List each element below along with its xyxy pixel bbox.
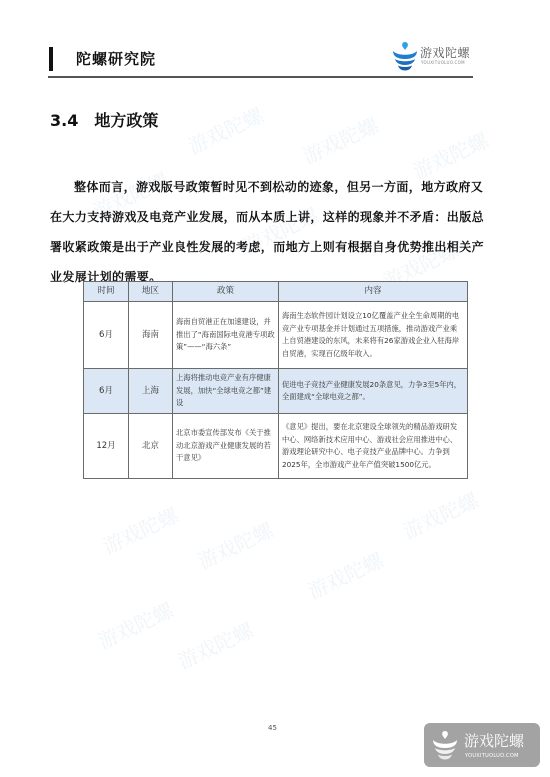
watermark: 游戏陀螺 [398,484,483,544]
cell-policy: 北京市委宣传部发布《关于推动北京游戏产业健康发展的若干意见》 [173,414,279,479]
column-header-policy: 政策 [173,282,279,302]
logo-text-en: YOUXITUOLUO.COM [421,60,465,65]
watermark: 游戏陀螺 [303,544,388,604]
watermark: 游戏陀螺 [183,99,268,159]
watermark: 游戏陀螺 [173,614,258,674]
section-heading: 3.4地方政策 [50,108,158,131]
table-row: 6月 海南 海南自贸港正在加速建设，并推出了“海南国际电竞港专项政策”——“海六… [84,302,468,369]
cell-content: 海南生态软件园计划设立10亿覆盖产业全生命周期的电竞产业专项基金并计划通过五项措… [279,302,468,369]
column-header-content: 内容 [279,282,468,302]
cell-region: 北京 [129,414,173,479]
policy-table: 时间 地区 政策 内容 6月 海南 海南自贸港正在加速建设，并推出了“海南国际电… [83,281,468,479]
gyro-logo-icon [392,40,418,74]
gyro-logo-icon [430,729,460,763]
column-header-region: 地区 [129,282,173,302]
paragraph-text: 整体而言，游戏版号政策暂时见不到松动的迹象，但另一方面，地方政府又在大力支持游戏… [50,172,488,292]
table-row: 12月 北京 北京市委宣传部发布《关于推动北京游戏产业健康发展的若干意见》 《意… [84,414,468,479]
cell-policy: 海南自贸港正在加速建设，并推出了“海南国际电竞港专项政策”——“海六条” [173,302,279,369]
cell-content: 促进电子竞技产业健康发展20条意见，力争3至5年内，全面建成“全球电竞之都”。 [279,369,468,414]
column-header-time: 时间 [84,282,129,302]
header-divider [48,76,473,78]
corner-brand-logo: 游戏陀螺 YOUXITUOLUO.COM [424,723,540,767]
header-title: 陀螺研究院 [76,48,156,69]
cell-time: 6月 [84,369,129,414]
watermark: 游戏陀螺 [298,109,383,169]
logo-text-cn: 游戏陀螺 [420,44,470,61]
section-title: 地方政策 [94,111,158,130]
corner-logo-text-cn: 游戏陀螺 [464,730,524,751]
table-header-row: 时间 地区 政策 内容 [84,282,468,302]
cell-content: 《意见》提出，要在北京建设全球领先的精品游戏研发中心、网络新技术应用中心、游戏社… [279,414,468,479]
cell-time: 12月 [84,414,129,479]
cell-time: 6月 [84,302,129,369]
page-number: 45 [268,724,277,732]
section-number: 3.4 [50,111,78,130]
table-row: 6月 上海 上海将推动电竞产业有序健康发展，加快“全球电竞之都”建设 促进电子竞… [84,369,468,414]
body-paragraph: 整体而言，游戏版号政策暂时见不到松动的迹象，但另一方面，地方政府又在大力支持游戏… [50,172,488,292]
watermark: 游戏陀螺 [93,594,178,654]
watermark: 游戏陀螺 [193,514,278,574]
watermark: 游戏陀螺 [98,499,183,559]
corner-logo-text-en: YOUXITUOLUO.COM [465,753,519,759]
cell-region: 海南 [129,302,173,369]
cell-policy: 上海将推动电竞产业有序健康发展，加快“全球电竞之都”建设 [173,369,279,414]
brand-logo: 游戏陀螺 YOUXITUOLUO.COM [392,40,482,74]
cell-region: 上海 [129,369,173,414]
header-accent-bar [49,47,53,71]
